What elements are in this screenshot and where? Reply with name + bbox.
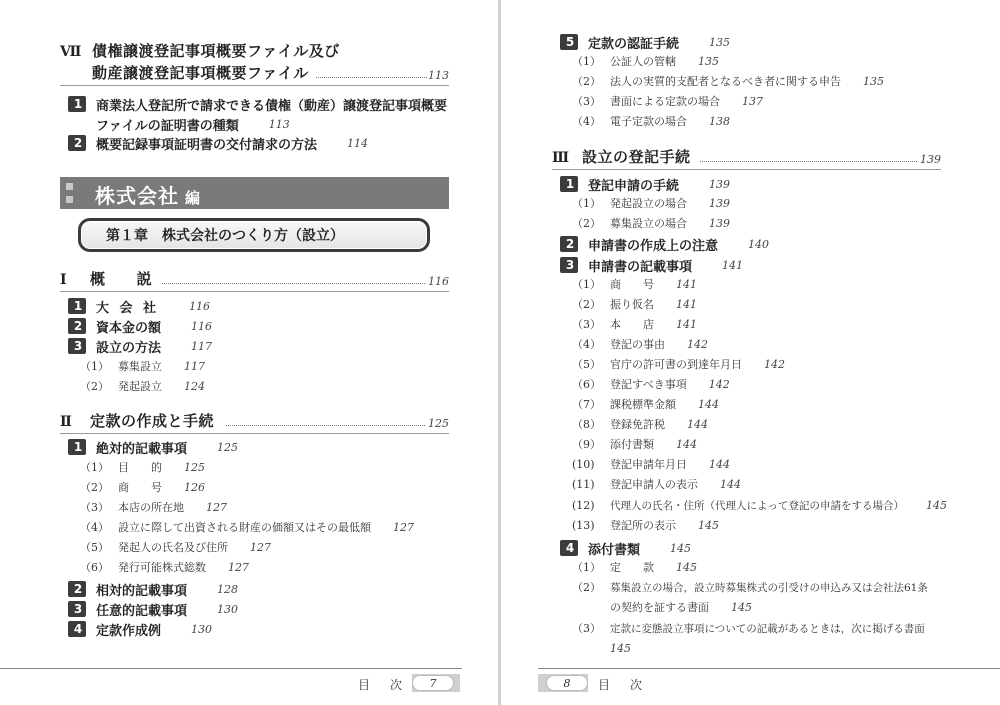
subitem-number: （3） <box>572 93 610 109</box>
toc-subitem[interactable]: (12) 代理人の氏名・住所（代理人によって登記の申請をする場合） 145 <box>572 496 947 514</box>
toc-subitem[interactable]: （1） 商 号 141 <box>572 275 697 293</box>
page-number: 8 <box>546 675 588 691</box>
toc-subitem[interactable]: (10) 登記申請年月日 144 <box>572 455 730 473</box>
chapter-heading[interactable]: 第１章 株式会社のつくり方（設立） <box>78 218 430 252</box>
item-page: 114 <box>347 137 368 150</box>
toc-subitem[interactable]: （1） 目 的 125 <box>80 458 205 476</box>
subitem-page: 126 <box>184 481 205 494</box>
subitem-label: 代理人の氏名・住所（代理人によって登記の申請をする場合） <box>610 498 904 513</box>
page-number: 7 <box>412 675 454 691</box>
item-page: 117 <box>191 340 212 353</box>
item-page: 140 <box>748 238 769 251</box>
book-spine <box>498 0 501 705</box>
toc-subitem[interactable]: （6） 登記すべき事項 142 <box>572 375 730 393</box>
toc-subitem[interactable]: （1） 発起設立の場合 139 <box>572 194 730 212</box>
section-title-line1: 債権譲渡登記事項概要ファイル及び <box>92 40 340 61</box>
toc-item[interactable]: 1 商業法人登記所で請求できる債権（動産）譲渡登記事項概要 <box>70 94 447 114</box>
part-title-text: 株式会社 <box>95 184 179 208</box>
subitem-page: 144 <box>676 438 697 451</box>
subitem-number: （2） <box>572 296 610 312</box>
subitem-label: 書面による定款の場合 <box>610 93 720 109</box>
subitem-label: 登記の事由 <box>610 336 665 352</box>
item-page: 135 <box>709 36 730 49</box>
section-page: 116 <box>428 275 449 288</box>
toc-subitem[interactable]: （2） 発起設立 124 <box>80 377 205 395</box>
item-label: 設立の方法 <box>96 337 161 356</box>
subitem-page: 144 <box>709 458 730 471</box>
subitem-page: 142 <box>687 338 708 351</box>
item-label: 相対的記載事項 <box>96 580 187 599</box>
section-title: 設立の登記手続 <box>582 146 691 167</box>
subitem-label: 登記すべき事項 <box>610 376 687 392</box>
toc-subitem[interactable]: （1） 定 款 145 <box>572 558 697 576</box>
toc-subitem-continued[interactable]: 145 <box>610 639 631 657</box>
subitem-number: （8） <box>572 416 610 432</box>
subitem-number: （6） <box>80 559 118 575</box>
number-badge-icon: 2 <box>562 236 578 252</box>
number-badge-icon: 4 <box>562 540 578 556</box>
item-page: 145 <box>670 542 691 555</box>
toc-item-continued[interactable]: ファイルの証明書の種類 113 <box>96 114 290 134</box>
toc-subitem[interactable]: （2） 募集設立の場合 139 <box>572 214 730 232</box>
right-page: 5 定款の認証手続 135 （1） 公証人の管轄 135 （2） 法人の実質的支… <box>520 0 1000 705</box>
number-badge-icon: 2 <box>70 318 86 334</box>
toc-subitem[interactable]: （3） 本店の所在地 127 <box>80 498 227 516</box>
subitem-number: （5） <box>80 539 118 555</box>
item-label: 添付書類 <box>588 539 640 558</box>
toc-subitem[interactable]: （2） 商 号 126 <box>80 478 205 496</box>
subitem-page: 127 <box>250 541 271 554</box>
subitem-label: 発起設立の場合 <box>610 195 687 211</box>
number-badge-icon: 1 <box>70 439 86 455</box>
number-badge-icon: 3 <box>70 601 86 617</box>
subitem-label: 電子定款の場合 <box>610 113 687 129</box>
item-label: 申請書の記載事項 <box>588 256 692 275</box>
subitem-label: 登録免許税 <box>610 416 665 432</box>
item-page: 128 <box>217 583 238 596</box>
item-label: 資本金の額 <box>96 317 161 336</box>
number-badge-icon: 4 <box>70 621 86 637</box>
item-label: 絶対的記載事項 <box>96 438 187 457</box>
toc-item[interactable]: 2 資本金の額 116 <box>70 316 212 336</box>
subitem-label: 本店の所在地 <box>118 499 184 515</box>
section-title: 概 説 <box>90 268 152 289</box>
item-label: 概要記録事項証明書の交付請求の方法 <box>96 134 317 153</box>
subitem-page: 117 <box>184 360 205 373</box>
toc-item[interactable]: 3 任意的記載事項 130 <box>70 599 238 619</box>
number-badge-icon: 1 <box>562 176 578 192</box>
toc-item[interactable]: 1 絶対的記載事項 125 <box>70 437 238 457</box>
item-label: 商業法人登記所で請求できる債権（動産）譲渡登記事項概要 <box>96 95 447 114</box>
toc-item[interactable]: 3 申請書の記載事項 141 <box>562 255 743 275</box>
subitem-page: 138 <box>709 115 730 128</box>
toc-subitem[interactable]: (11) 登記申請人の表示 144 <box>572 475 741 493</box>
item-page: 116 <box>189 300 210 313</box>
toc-item[interactable]: 2 相対的記載事項 128 <box>70 579 238 599</box>
subitem-number: （2） <box>572 73 610 89</box>
toc-subitem[interactable]: （4） 設立に際して出資される財産の価額又はその最低額 127 <box>80 518 414 536</box>
subitem-number: （4） <box>572 336 610 352</box>
subitem-label: 定款に変態設立事項についての記載があるときは，次に掲げる書面 <box>610 621 925 636</box>
subitem-number: (10) <box>572 458 610 471</box>
subitem-number: （3） <box>572 316 610 332</box>
item-label: 任意的記載事項 <box>96 600 187 619</box>
subitem-label: 設立に際して出資される財産の価額又はその最低額 <box>118 519 371 535</box>
item-label: 定款の認証手続 <box>588 33 679 52</box>
toc-subitem[interactable]: （3） 本 店 141 <box>572 315 697 333</box>
subitem-number: （1） <box>80 459 118 475</box>
leader-dots <box>316 77 427 78</box>
item-label: 大 会 社 <box>96 297 159 316</box>
subitem-number: （1） <box>572 195 610 211</box>
toc-item[interactable]: 4 添付書類 145 <box>562 538 691 558</box>
item-page: 139 <box>709 178 730 191</box>
leader-dots <box>162 283 425 284</box>
subitem-label: 官庁の許可書の到達年月日 <box>610 356 742 372</box>
toc-subitem[interactable]: （2） 法人の実質的支配者となるべき者に関する申告 135 <box>572 72 884 90</box>
subitem-label: 添付書類 <box>610 436 654 452</box>
toc-subitem[interactable]: （4） 電子定款の場合 138 <box>572 112 730 130</box>
leader-dots <box>226 425 425 426</box>
item-page: 130 <box>217 603 238 616</box>
subitem-label: 商 号 <box>610 276 654 292</box>
subitem-page: 127 <box>393 521 414 534</box>
subitem-number: （4） <box>80 519 118 535</box>
subitem-page: 127 <box>206 501 227 514</box>
section-roman: Ⅱ <box>60 414 72 430</box>
toc-subitem[interactable]: （7） 課税標準金額 144 <box>572 395 719 413</box>
toc-item[interactable]: 3 設立の方法 117 <box>70 336 212 356</box>
subitem-label: 発行可能株式総数 <box>118 559 206 575</box>
item-page: 141 <box>722 259 743 272</box>
section-i-heading[interactable]: Ⅰ 概 説 116 <box>60 268 449 292</box>
item-page: 125 <box>217 441 238 454</box>
toc-subitem[interactable]: （5） 発起人の氏名及び住所 127 <box>80 538 271 556</box>
subitem-page: 145 <box>698 519 719 532</box>
leader-dots <box>700 161 917 162</box>
subitem-number: （5） <box>572 356 610 372</box>
toc-subitem[interactable]: （2） 募集設立の場合，設立時募集株式の引受けの申込み又は会社法61条 <box>572 578 928 596</box>
part-title: 株式会社編 <box>95 180 201 209</box>
number-badge-icon: 3 <box>70 338 86 354</box>
part-suffix: 編 <box>185 189 201 207</box>
item-label: 登記申請の手続 <box>588 175 679 194</box>
subitem-page: 135 <box>863 75 884 88</box>
subitem-label: 公証人の管轄 <box>610 53 676 69</box>
subitem-page: 139 <box>709 197 730 210</box>
subitem-label: 振り仮名 <box>610 296 654 312</box>
page-number-tab: 8 <box>538 674 588 692</box>
item-page: 116 <box>191 320 212 333</box>
section-ii-heading[interactable]: Ⅱ 定款の作成と手続 125 <box>60 410 449 434</box>
banner-square-icon <box>66 183 73 190</box>
toc-item[interactable]: 1 大 会 社 116 <box>70 296 210 316</box>
part-banner: 株式会社編 <box>60 177 449 209</box>
number-badge-icon: 3 <box>562 257 578 273</box>
subitem-label: の契約を証する書面 <box>610 599 709 615</box>
number-badge-icon: 1 <box>70 298 86 314</box>
toc-subitem[interactable]: （1） 募集設立 117 <box>80 357 205 375</box>
number-badge-icon: 2 <box>70 135 86 151</box>
subitem-page: 141 <box>676 318 697 331</box>
toc-subitem-continued[interactable]: の契約を証する書面 145 <box>610 598 752 616</box>
toc-item[interactable]: 1 登記申請の手続 139 <box>562 174 730 194</box>
toc-subitem[interactable]: （4） 登記の事由 142 <box>572 335 708 353</box>
number-badge-icon: 2 <box>70 581 86 597</box>
toc-subitem[interactable]: (13) 登記所の表示 145 <box>572 516 719 534</box>
subitem-number: （2） <box>80 378 118 394</box>
subitem-label: 募集設立の場合 <box>610 215 687 231</box>
subitem-number: （1） <box>80 358 118 374</box>
subitem-page: 141 <box>676 278 697 291</box>
toc-subitem[interactable]: （8） 登録免許税 144 <box>572 415 708 433</box>
item-label: 定款作成例 <box>96 620 161 639</box>
subitem-page: 141 <box>676 298 697 311</box>
subitem-page: 144 <box>698 398 719 411</box>
subitem-label: 募集設立 <box>118 358 162 374</box>
section-roman: Ⅰ <box>60 272 67 288</box>
section-page: 125 <box>428 417 449 430</box>
subitem-number: （1） <box>572 559 610 575</box>
toc-subitem[interactable]: （2） 振り仮名 141 <box>572 295 697 313</box>
subitem-label: 目 的 <box>118 459 162 475</box>
toc-item[interactable]: 5 定款の認証手続 135 <box>562 32 730 52</box>
subitem-number: (12) <box>572 499 610 512</box>
subitem-label: 法人の実質的支配者となるべき者に関する申告 <box>610 73 841 89</box>
number-badge-icon: 5 <box>562 34 578 50</box>
toc-subitem[interactable]: （1） 公証人の管轄 135 <box>572 52 719 70</box>
subitem-page: 139 <box>709 217 730 230</box>
subitem-page: 145 <box>926 499 947 512</box>
subitem-number: （6） <box>572 376 610 392</box>
subitem-number: （3） <box>572 620 610 636</box>
section-roman: Ⅲ <box>552 150 569 166</box>
number-badge-icon: 1 <box>70 96 86 112</box>
left-page: Ⅶ 債権譲渡登記事項概要ファイル及び 動産譲渡登記事項概要ファイル 113 1 … <box>0 0 480 705</box>
item-page: 113 <box>269 118 290 131</box>
subitem-number: （7） <box>572 396 610 412</box>
subitem-label: 商 号 <box>118 479 162 495</box>
toc-subitem[interactable]: （3） 書面による定款の場合 137 <box>572 92 763 110</box>
item-page: 130 <box>191 623 212 636</box>
subitem-number: (11) <box>572 478 610 491</box>
toc-item[interactable]: 2 概要記録事項証明書の交付請求の方法 114 <box>70 133 368 153</box>
item-label: 申請書の作成上の注意 <box>588 235 718 254</box>
subitem-page: 135 <box>698 55 719 68</box>
section-roman: Ⅶ <box>60 44 81 60</box>
subitem-label: 発起設立 <box>118 378 162 394</box>
subitem-number: (13) <box>572 519 610 532</box>
toc-subitem[interactable]: （3） 定款に変態設立事項についての記載があるときは，次に掲げる書面 <box>572 619 925 637</box>
footer-rule <box>0 668 462 669</box>
subitem-page: 142 <box>764 358 785 371</box>
subitem-page: 145 <box>676 561 697 574</box>
toc-item[interactable]: 4 定款作成例 130 <box>70 619 212 639</box>
footer-label: 目次 <box>598 676 662 693</box>
section-title: 定款の作成と手続 <box>90 410 214 431</box>
toc-subitem[interactable]: （9） 添付書類 144 <box>572 435 697 453</box>
subitem-number: （3） <box>80 499 118 515</box>
banner-square-icon <box>66 196 73 203</box>
subitem-label: 定 款 <box>610 559 654 575</box>
toc-item[interactable]: 2 申請書の作成上の注意 140 <box>562 234 769 254</box>
section-iii-heading[interactable]: Ⅲ 設立の登記手続 139 <box>552 146 941 170</box>
subitem-number: （2） <box>572 579 610 595</box>
section-title-line2: 動産譲渡登記事項概要ファイル <box>92 62 309 83</box>
page-number-tab: 7 <box>412 674 460 692</box>
subitem-label: 登記所の表示 <box>610 517 676 533</box>
subitem-label: 本 店 <box>610 316 654 332</box>
subitem-number: （1） <box>572 53 610 69</box>
toc-subitem[interactable]: （5） 官庁の許可書の到達年月日 142 <box>572 355 785 373</box>
toc-subitem[interactable]: （6） 発行可能株式総数 127 <box>80 558 249 576</box>
subitem-page: 145 <box>731 601 752 614</box>
subitem-number: （1） <box>572 276 610 292</box>
subitem-number: （4） <box>572 113 610 129</box>
footer-rule <box>538 668 1000 669</box>
subitem-label: 登記申請年月日 <box>610 456 687 472</box>
section-page: 139 <box>920 153 941 166</box>
item-label: ファイルの証明書の種類 <box>96 115 239 134</box>
subitem-number: （2） <box>80 479 118 495</box>
subitem-page: 144 <box>720 478 741 491</box>
subitem-label: 登記申請人の表示 <box>610 476 698 492</box>
subitem-page: 137 <box>742 95 763 108</box>
subitem-label: 募集設立の場合，設立時募集株式の引受けの申込み又は会社法61条 <box>610 580 928 595</box>
subitem-page: 125 <box>184 461 205 474</box>
subitem-page: 142 <box>709 378 730 391</box>
subitem-page: 124 <box>184 380 205 393</box>
subitem-number: （9） <box>572 436 610 452</box>
subitem-page: 127 <box>228 561 249 574</box>
subitem-label: 発起人の氏名及び住所 <box>118 539 228 555</box>
subitem-page: 144 <box>687 418 708 431</box>
subitem-label: 課税標準金額 <box>610 396 676 412</box>
subitem-page: 145 <box>610 642 631 655</box>
subitem-number: （2） <box>572 215 610 231</box>
section-vii-heading[interactable]: Ⅶ 債権譲渡登記事項概要ファイル及び 動産譲渡登記事項概要ファイル 113 <box>60 40 449 86</box>
section-page: 113 <box>428 69 449 82</box>
